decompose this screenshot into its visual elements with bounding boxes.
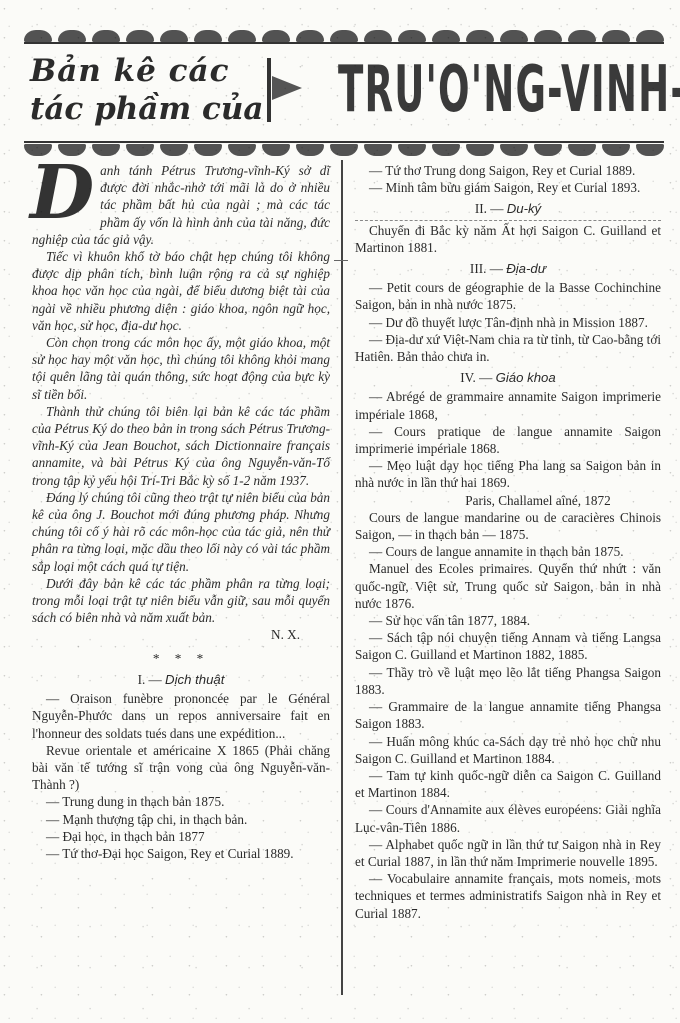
list-item: — Địa-dư xứ Việt-Nam chia ra từ tỉnh, từ…	[355, 331, 661, 365]
list-item: — Cours de langue annamite in thạch bản …	[355, 543, 661, 560]
right-pointer-arrow-icon	[272, 76, 302, 100]
list-item: — Tứ thơ-Đại học Saigon, Rey et Curial 1…	[32, 845, 330, 862]
list-item: — Tam tự kinh quốc-ngữ diễn ca Saigon C.…	[355, 767, 661, 801]
separator-stars: * * *	[32, 650, 330, 667]
list-item: Manuel des Ecoles primaires. Quyển thứ n…	[355, 560, 661, 612]
list-item: — Mẹo luật dạy học tiếng Pha lang sa Sai…	[355, 457, 661, 491]
introduction: Danh tánh Pétrus Trương-vĩnh-Ký sở dĩ đư…	[32, 162, 330, 644]
intro-paragraph: Tiếc vì khuôn khổ tờ báo chật hẹp chúng …	[32, 248, 330, 334]
list-item: — Mạnh thượng tập chi, in thạch bản.	[32, 811, 330, 828]
list-item: — Dư đồ thuyết lược Tân-định nhà in Miss…	[355, 314, 661, 331]
newspaper-page: Bản kê các tác phầm của TRU'O'NG-VINH-KY…	[0, 0, 680, 1023]
list-item: — Sử học vấn tân 1877, 1884.	[355, 612, 661, 629]
list-item: — Cours d'Annamite aux élèves européens:…	[355, 801, 661, 835]
bottom-scallop-border	[24, 144, 664, 158]
page-title: TRU'O'NG-VINH-KY	[338, 50, 529, 130]
top-rule	[24, 42, 664, 44]
intro-paragraph: Đáng lý chúng tôi cũng theo trật tự niên…	[32, 489, 330, 575]
right-column: — Tứ thơ Trung dong Saigon, Rey et Curia…	[355, 162, 661, 922]
list-item: — Thầy trò về luật mẹo lẽo lắt tiếng Pha…	[355, 664, 661, 698]
subtitle-line-1: Bản kê các	[30, 53, 229, 89]
list-item: — Đại học, in thạch bản 1877	[32, 828, 330, 845]
column-divider-tick	[334, 260, 348, 261]
author-signature: N. X.	[32, 626, 330, 643]
list-item: — Tứ thơ Trung dong Saigon, Rey et Curia…	[355, 162, 661, 179]
intro-paragraph: Danh tánh Pétrus Trương-vĩnh-Ký sở dĩ đư…	[32, 162, 330, 248]
top-scallop-border	[24, 28, 664, 42]
title-divider-bar	[267, 58, 271, 122]
list-item: — Minh tâm bửu giám Saigon, Rey et Curia…	[355, 179, 661, 196]
intro-paragraph: Thành thử chúng tôi biên lại bản kê các …	[32, 403, 330, 489]
list-item: — Alphabet quốc ngữ in lần thứ tư Saigon…	[355, 836, 661, 870]
publisher-line: Paris, Challamel aîné, 1872	[355, 492, 661, 509]
list-item: — Grammaire de la langue annamite tiếng …	[355, 698, 661, 732]
list-item: Chuyến đi Bắc kỳ năm Ất hợi Saigon C. Gu…	[355, 220, 661, 256]
list-item: — Oraison funèbre prononcée par le Génér…	[32, 690, 330, 742]
header-subtitle: Bản kê các tác phầm của	[30, 52, 270, 128]
list-item: — Sách tập nói chuyện tiếng Annam và tiế…	[355, 629, 661, 663]
left-column: Danh tánh Pétrus Trương-vĩnh-Ký sở dĩ đư…	[32, 162, 330, 862]
list-item: Revue orientale et américaine X 1865 (Ph…	[32, 742, 330, 794]
column-divider	[341, 160, 343, 995]
list-item: — Abrégé de grammaire annamite Saigon im…	[355, 388, 661, 422]
section-heading-translation: I. — Dịch thuật	[32, 671, 330, 688]
section-heading-geography: III. — Địa-dư	[355, 260, 661, 277]
subtitle-line-2: tác phầm của	[30, 90, 270, 128]
intro-paragraph: Dưới đây bản kê các tác phầm phân ra từn…	[32, 575, 330, 627]
list-item: — Vocabulaire annamite français, mots no…	[355, 870, 661, 922]
list-item: Cours de langue mandarine ou de caracièr…	[355, 509, 661, 543]
translation-list: — Oraison funèbre prononcée par le Génér…	[32, 690, 330, 862]
section-heading-travel: II. — Du-ký	[355, 200, 661, 217]
section-heading-textbooks: IV. — Giáo khoa	[355, 369, 661, 386]
list-item: — Petit cours de géographie de la Basse …	[355, 279, 661, 313]
list-item: — Trung dung in thạch bản 1875.	[32, 793, 330, 810]
intro-paragraph: Còn chọn trong các môn học ấy, một giáo …	[32, 334, 330, 403]
bottom-rule	[24, 141, 664, 143]
drop-cap: D	[30, 162, 94, 230]
list-item: — Cours pratique de langue annamite Saig…	[355, 423, 661, 457]
list-item: — Huấn mông khúc ca-Sách dạy trẻ nhỏ học…	[355, 733, 661, 767]
